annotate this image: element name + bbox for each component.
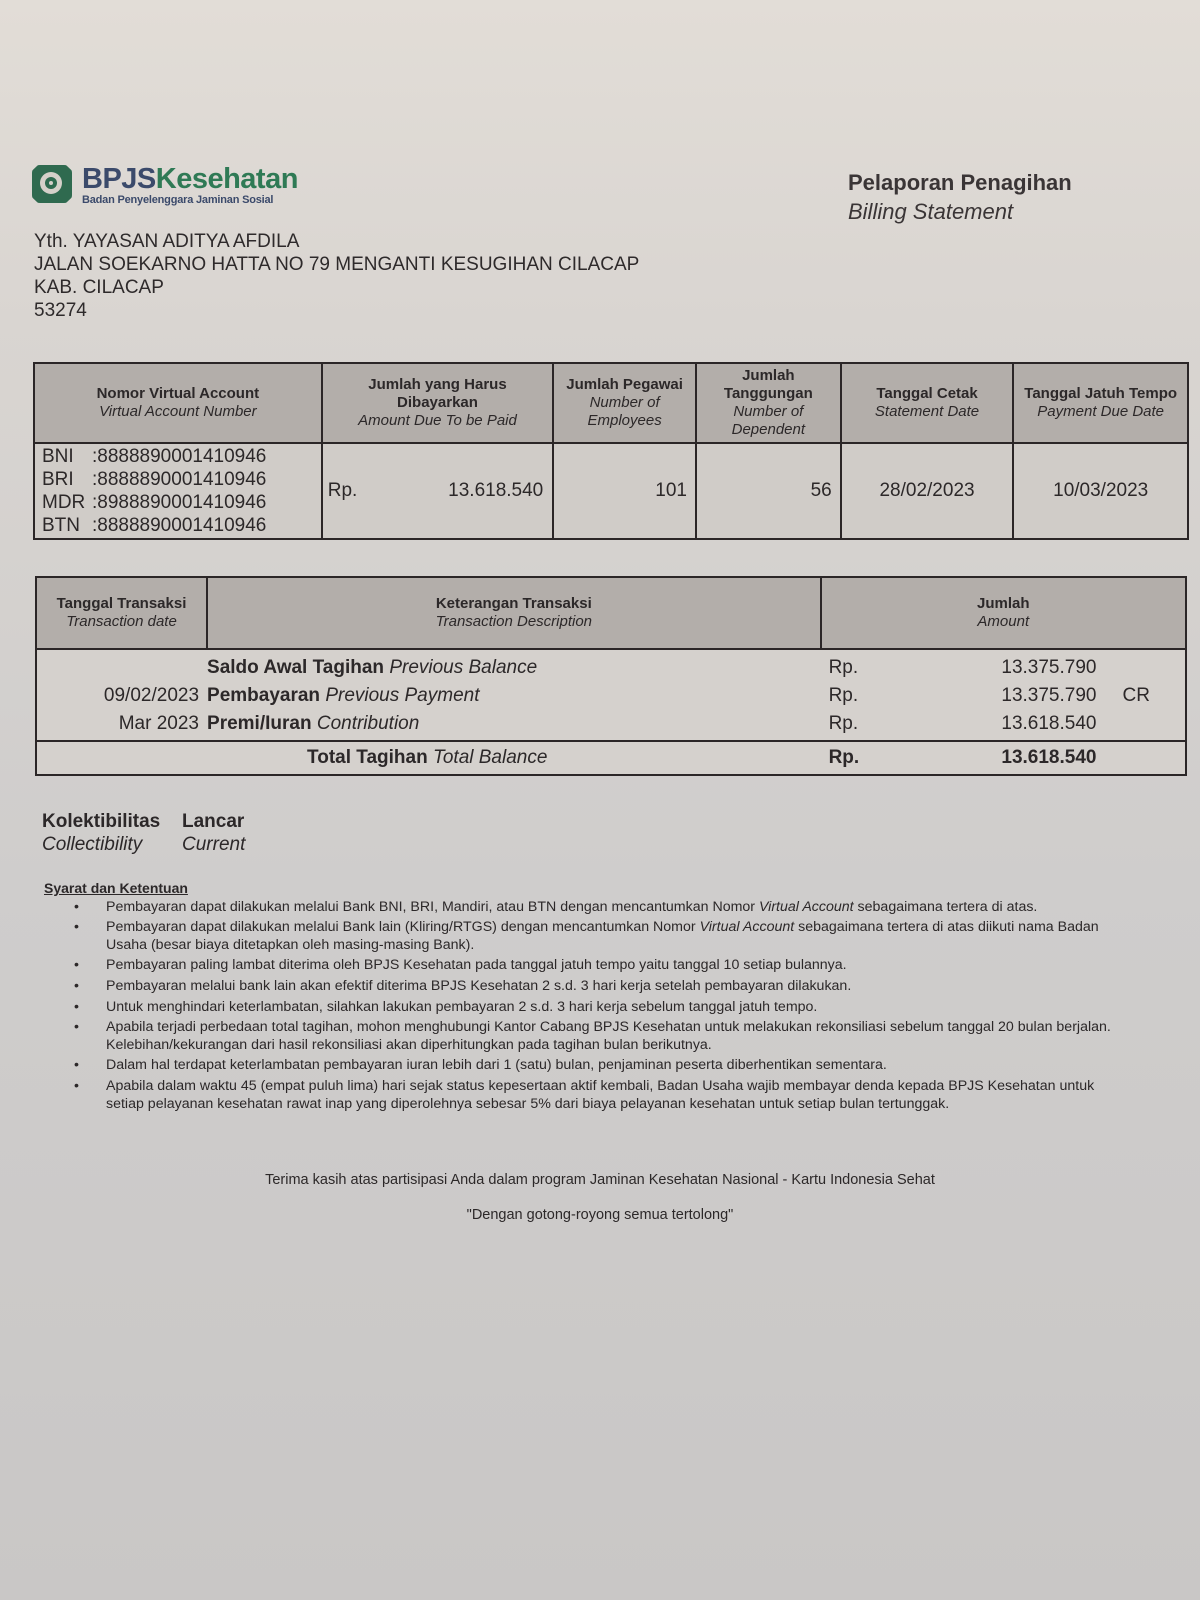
- logo-title: BPJSKesehatan: [82, 165, 298, 194]
- virtual-account-mdr: MDR:8988890001410946: [42, 491, 320, 514]
- employees-count: 101: [553, 443, 696, 539]
- transaction-row: 09/02/2023 Pembayaran Previous Payment R…: [36, 682, 1186, 710]
- header-amount-due: Jumlah yang Harus DibayarkanAmount Due T…: [322, 363, 554, 443]
- transactions-header-row: Tanggal TransaksiTransaction date Ketera…: [36, 577, 1186, 649]
- recipient-address: Yth. YAYASAN ADITYA AFDILA JALAN SOEKARN…: [34, 230, 639, 322]
- collectibility-status: KolektibilitasLancar CollectibilityCurre…: [42, 810, 245, 856]
- header-transaction-date: Tanggal TransaksiTransaction date: [36, 577, 207, 649]
- amount-due-currency: Rp.: [328, 480, 358, 502]
- billing-summary-table: Nomor Virtual AccountVirtual Account Num…: [33, 362, 1189, 540]
- header-virtual-account: Nomor Virtual AccountVirtual Account Num…: [34, 363, 322, 443]
- bullet-icon: •: [74, 899, 79, 917]
- thank-you-note: Terima kasih atas partisipasi Anda dalam…: [0, 1172, 1200, 1188]
- address-street: JALAN SOEKARNO HATTA NO 79 MENGANTI KESU…: [34, 253, 639, 276]
- terms-item: •Dalam hal terdapat keterlambatan pembay…: [44, 1057, 1114, 1075]
- recipient-name: Yth. YAYASAN ADITYA AFDILA: [34, 230, 639, 253]
- bpjs-logo: BPJSKesehatan Badan Penyelenggara Jamina…: [30, 163, 298, 207]
- terms-and-conditions: Syarat dan Ketentuan •Pembayaran dapat d…: [44, 880, 1114, 1116]
- header-due-date: Tanggal Jatuh TempoPayment Due Date: [1013, 363, 1188, 443]
- collectibility-value: Lancar: [182, 810, 244, 833]
- bullet-icon: •: [74, 999, 79, 1017]
- header-employees: Jumlah PegawaiNumber of Employees: [553, 363, 696, 443]
- virtual-account-bri: BRI:8888890001410946: [42, 468, 320, 491]
- transaction-row: Saldo Awal Tagihan Previous Balance Rp. …: [36, 649, 1186, 682]
- bullet-icon: •: [74, 1019, 79, 1037]
- bpjs-emblem-icon: [30, 163, 76, 207]
- virtual-account-bni: BNI:8888890001410946: [42, 445, 320, 468]
- terms-item: •Apabila dalam waktu 45 (empat puluh lim…: [44, 1078, 1114, 1113]
- terms-item: •Pembayaran dapat dilakukan melalui Bank…: [44, 919, 1114, 954]
- virtual-account-btn: BTN:8888890001410946: [42, 514, 320, 537]
- address-postcode: 53274: [34, 299, 639, 322]
- terms-item: •Pembayaran dapat dilakukan melalui Bank…: [44, 899, 1114, 917]
- statement-date: 28/02/2023: [841, 443, 1014, 539]
- title-indonesian: Pelaporan Penagihan: [848, 170, 1072, 196]
- document-title: Pelaporan Penagihan Billing Statement: [848, 170, 1072, 225]
- total-balance-label: Total Tagihan Total Balance: [207, 741, 821, 775]
- summary-data-row: BNI:8888890001410946 BRI:888889000141094…: [34, 443, 1188, 539]
- logo-subtitle: Badan Penyelenggara Jaminan Sosial: [82, 195, 298, 206]
- due-date: 10/03/2023: [1013, 443, 1188, 539]
- credit-flag: CR: [1096, 682, 1186, 710]
- terms-item: •Pembayaran melalui bank lain akan efekt…: [44, 978, 1114, 996]
- amount-due-value: 13.618.540: [448, 480, 543, 502]
- header-amount: JumlahAmount: [821, 577, 1186, 649]
- terms-list: •Pembayaran dapat dilakukan melalui Bank…: [44, 899, 1114, 1114]
- total-balance-row: Total Tagihan Total Balance Rp. 13.618.5…: [36, 741, 1186, 775]
- bullet-icon: •: [74, 1057, 79, 1075]
- bullet-icon: •: [74, 919, 79, 937]
- address-city: KAB. CILACAP: [34, 276, 639, 299]
- terms-item: •Apabila terjadi perbedaan total tagihan…: [44, 1019, 1114, 1054]
- virtual-account-list: BNI:8888890001410946 BRI:888889000141094…: [34, 443, 322, 539]
- terms-item: •Untuk menghindari keterlambatan, silahk…: [44, 999, 1114, 1017]
- transaction-row: Mar 2023 Premi/Iuran Contribution Rp. 13…: [36, 710, 1186, 741]
- amount-due-cell: Rp.13.618.540: [322, 443, 554, 539]
- header-statement-date: Tanggal CetakStatement Date: [841, 363, 1014, 443]
- terms-title: Syarat dan Ketentuan: [44, 880, 1114, 898]
- terms-item: •Pembayaran paling lambat diterima oleh …: [44, 957, 1114, 975]
- header-transaction-description: Keterangan TransaksiTransaction Descript…: [207, 577, 821, 649]
- total-balance-amount: 13.618.540: [947, 741, 1096, 775]
- bullet-icon: •: [74, 1078, 79, 1096]
- bullet-icon: •: [74, 978, 79, 996]
- motto: "Dengan gotong-royong semua tertolong": [0, 1207, 1200, 1223]
- title-english: Billing Statement: [848, 199, 1072, 225]
- dependents-count: 56: [696, 443, 841, 539]
- transactions-table: Tanggal TransaksiTransaction date Ketera…: [35, 576, 1187, 776]
- bullet-icon: •: [74, 957, 79, 975]
- summary-header-row: Nomor Virtual AccountVirtual Account Num…: [34, 363, 1188, 443]
- header-dependents: Jumlah TanggunganNumber of Dependent: [696, 363, 841, 443]
